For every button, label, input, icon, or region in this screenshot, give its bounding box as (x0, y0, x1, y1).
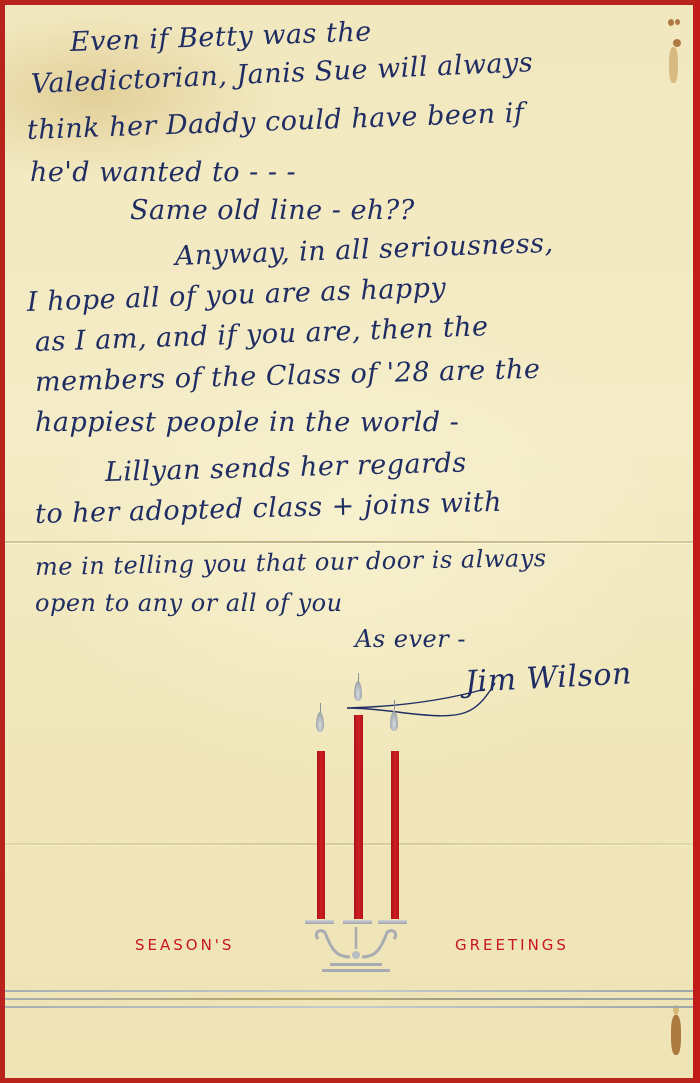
signature-flourish (345, 675, 505, 725)
rust-stain (668, 19, 674, 26)
greeting-greetings: GREETINGS (455, 936, 569, 954)
letter-line: members of the Class of '28 are the (35, 354, 541, 398)
footer-rule (5, 1006, 693, 1008)
letter-line: open to any or all of you (35, 589, 343, 617)
fold-crease (5, 541, 693, 543)
letter-line: Same old line - eh?? (130, 195, 415, 226)
candle-left (317, 751, 325, 919)
candle-right (391, 751, 399, 919)
flame-icon (390, 711, 398, 731)
greeting-seasons: SEASON'S (135, 936, 234, 954)
letter-line: me in telling you that our door is alway… (35, 544, 547, 581)
letter-line: he'd wanted to - - - (30, 157, 296, 188)
letter-line: I hope all of you are as happy (26, 272, 446, 318)
flame-icon (354, 681, 362, 701)
letter-line: to her adopted class + joins with (35, 487, 503, 530)
flame-icon (316, 712, 324, 732)
letter-line: as I am, and if you are, then the (34, 311, 489, 358)
candle-center (354, 715, 363, 919)
rust-stain (669, 47, 678, 83)
rust-stain (671, 1015, 681, 1055)
candelabra-icon (310, 925, 402, 973)
rust-stain (675, 19, 680, 25)
footer-rule (5, 998, 693, 1000)
letter-line: Lillyan sends her regards (105, 448, 467, 488)
letter-line: think her Daddy could have been if (26, 98, 524, 146)
letter-line: Even if Betty was the (69, 16, 372, 58)
letter-page: Even if Betty was the Valedictorian, Jan… (0, 0, 700, 1083)
letter-line: Anyway, in all seriousness, (174, 228, 554, 272)
fold-crease (5, 843, 693, 845)
rust-stain (673, 39, 681, 47)
letter-closing: As ever - (355, 625, 466, 653)
footer-rule (5, 990, 693, 992)
letter-line: happiest people in the world - (35, 407, 459, 438)
